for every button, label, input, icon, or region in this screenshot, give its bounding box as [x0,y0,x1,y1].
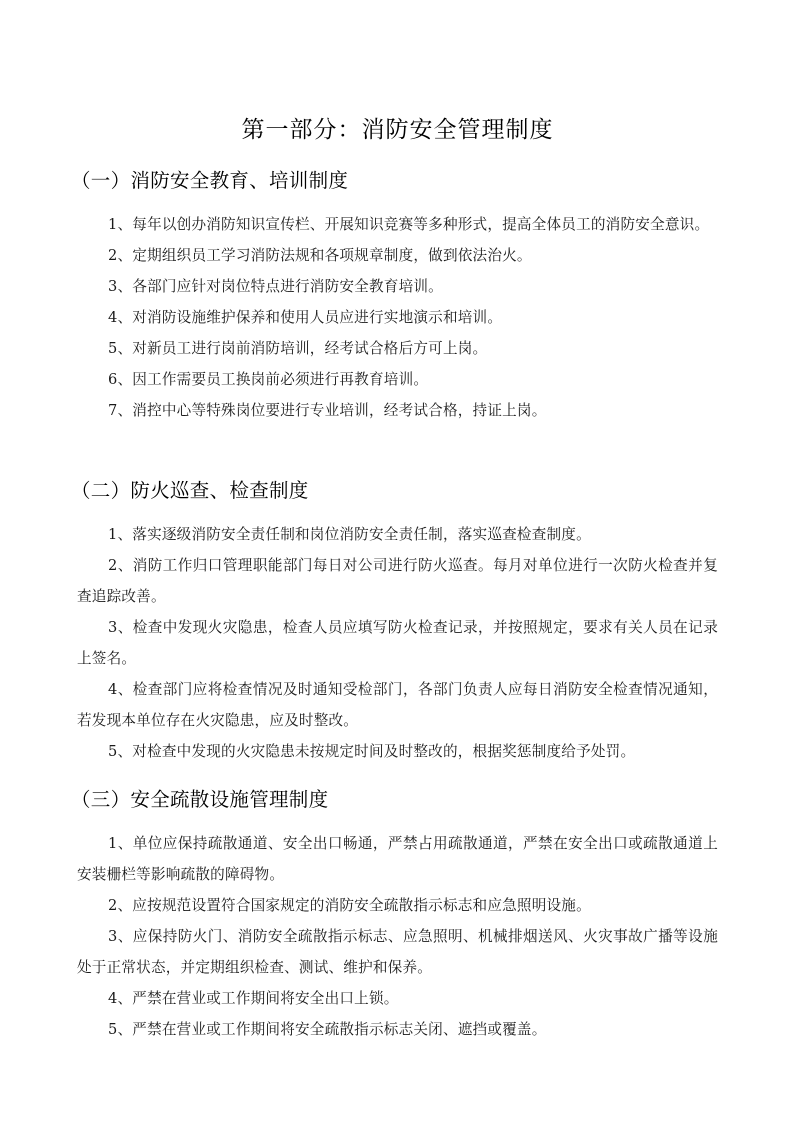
list-item: 2、定期组织员工学习消防法规和各项规章制度，做到依法治火。 [77,240,718,271]
section-fire-safety-education: （一）消防安全教育、培训制度 1、每年以创办消防知识宣传栏、开展知识竞赛等多种形… [77,167,718,426]
list-item: 4、严禁在营业或工作期间将安全出口上锁。 [77,983,718,1014]
section-evacuation-facilities: （三）安全疏散设施管理制度 1、单位应保持疏散通道、安全出口畅通，严禁占用疏散通… [77,786,718,1045]
list-item: 5、严禁在营业或工作期间将安全疏散指示标志关闭、遮挡或覆盖。 [77,1014,718,1045]
list-item: 1、单位应保持疏散通道、安全出口畅通，严禁占用疏散通道，严禁在安全出口或疏散通道… [77,828,718,890]
list-item: 5、对检查中发现的火灾隐患未按规定时间及时整改的，根据奖惩制度给予处罚。 [77,736,718,767]
list-item: 1、落实逐级消防安全责任制和岗位消防安全责任制，落实巡查检查制度。 [77,519,718,550]
section-heading: （三）安全疏散设施管理制度 [71,786,718,814]
document-title: 第一部分：消防安全管理制度 [77,114,718,146]
section-heading: （一）消防安全教育、培训制度 [71,167,718,195]
list-item: 2、消防工作归口管理职能部门每日对公司进行防火巡查。每月对单位进行一次防火检查并… [77,550,718,612]
list-item: 4、检查部门应将检查情况及时通知受检部门，各部门负责人应每日消防安全检查情况通知… [77,674,718,736]
list-item: 5、对新员工进行岗前消防培训，经考试合格后方可上岗。 [77,333,718,364]
list-item: 4、对消防设施维护保养和使用人员应进行实地演示和培训。 [77,302,718,333]
item-list: 1、每年以创办消防知识宣传栏、开展知识竞赛等多种形式，提高全体员工的消防安全意识… [77,209,718,426]
section-fire-patrol-inspection: （二）防火巡查、检查制度 1、落实逐级消防安全责任制和岗位消防安全责任制，落实巡… [77,477,718,767]
list-item: 2、应按规范设置符合国家规定的消防安全疏散指示标志和应急照明设施。 [77,890,718,921]
item-list: 1、单位应保持疏散通道、安全出口畅通，严禁占用疏散通道，严禁在安全出口或疏散通道… [77,828,718,1045]
list-item: 3、应保持防火门、消防安全疏散指示标志、应急照明、机械排烟送风、火灾事故广播等设… [77,921,718,983]
list-item: 3、各部门应针对岗位特点进行消防安全教育培训。 [77,271,718,302]
list-item: 6、因工作需要员工换岗前必须进行再教育培训。 [77,364,718,395]
list-item: 1、每年以创办消防知识宣传栏、开展知识竞赛等多种形式，提高全体员工的消防安全意识… [77,209,718,240]
section-heading: （二）防火巡查、检查制度 [71,477,718,505]
list-item: 7、消控中心等特殊岗位要进行专业培训，经考试合格，持证上岗。 [77,395,718,426]
list-item: 3、检查中发现火灾隐患，检查人员应填写防火检查记录，并按照规定，要求有关人员在记… [77,612,718,674]
item-list: 1、落实逐级消防安全责任制和岗位消防安全责任制，落实巡查检查制度。 2、消防工作… [77,519,718,767]
